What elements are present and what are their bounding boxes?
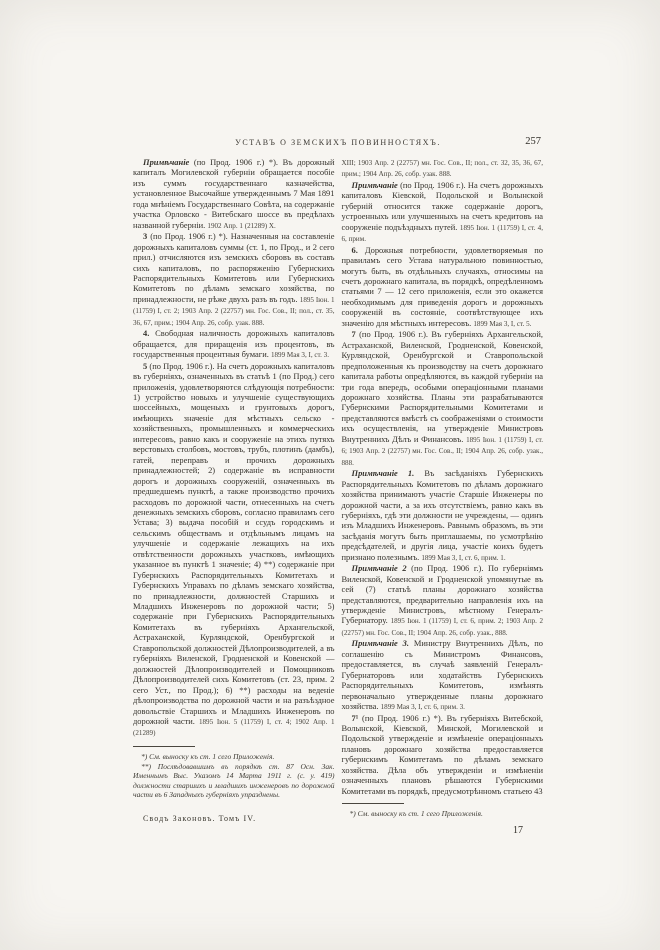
paragraph-text: (по Прод. 1906 г.) *). Назначенныя на со… xyxy=(133,231,335,304)
note-lead: Примѣчаніе xyxy=(352,180,398,190)
document-page: УСТАВЪ О ЗЕМСКИХЪ ПОВИННОСТЯХЪ. 257 Прим… xyxy=(133,138,543,836)
paragraph-continuation-citation: XIII; 1903 Апр. 2 (22757) мн. Гос. Сов.,… xyxy=(342,157,544,180)
paragraph-article-3: 3 (по Прод. 1906 г.) *). Назначенныя на … xyxy=(133,231,335,328)
running-head: УСТАВЪ О ЗЕМСКИХЪ ПОВИННОСТЯХЪ. 257 xyxy=(133,138,543,154)
paragraph-note-prod1906: Примѣчаніе (по Прод. 1906 г.) *). Въ дор… xyxy=(133,157,335,231)
article-number: 6. xyxy=(352,245,358,255)
paragraph-article-5: 5 (по Прод. 1906 г.). На счетъ дорожныхъ… xyxy=(133,361,335,739)
footnote-1: *) См. выноску къ ст. 1 сего Приложенія. xyxy=(342,809,544,819)
page-number: 257 xyxy=(525,136,541,147)
paragraph-text: (по Прод. 1906 г.). На счетъ дорожныхъ к… xyxy=(133,361,335,726)
running-title: УСТАВЪ О ЗЕМСКИХЪ ПОВИННОСТЯХЪ. xyxy=(235,138,441,147)
paragraph-text: Дорожныя потребности, удовлетворяемыя по… xyxy=(342,245,544,328)
right-column: XIII; 1903 Апр. 2 (22757) мн. Гос. Сов.,… xyxy=(342,157,544,836)
paragraph-text: Министру Внутреннихъ Дѣлъ, по соглашенію… xyxy=(342,638,544,711)
sheet-number: 17 xyxy=(342,825,544,836)
paragraph-article-6: 6. Дорожныя потребности, удовлетворяемыя… xyxy=(342,245,544,330)
paragraph-text: (по Прод. 1906 г.) *). Въ губерніяхъ Вит… xyxy=(342,713,544,796)
footnote-1: *) См. выноску къ ст. 1 сего Приложенія. xyxy=(133,752,335,762)
paragraph-note-2: Примѣчаніе 2 (по Прод. 1906 г.). По губе… xyxy=(342,563,544,638)
two-column-body: Примѣчаніе (по Прод. 1906 г.) *). Въ дор… xyxy=(133,157,543,836)
article-number: 4. xyxy=(143,328,149,338)
citation: 1899 Мая 3, I, ст. 5. xyxy=(473,320,531,328)
paragraph-article-7: 7 (по Прод. 1906 г.). Въ губерніяхъ Арха… xyxy=(342,329,544,468)
note-lead: Примѣчаніе 1. xyxy=(352,468,415,478)
article-number: 3 xyxy=(143,231,147,241)
footnote-rule xyxy=(342,803,404,804)
citation: 1902 Апр. 1 (21289) X. xyxy=(207,222,275,230)
paragraph-text: (по Прод. 1906 г.) *). Въ дорожный капит… xyxy=(133,157,335,230)
note-lead: Примѣчаніе xyxy=(143,157,189,167)
paragraph-note-prod1906: Примѣчаніе (по Прод. 1906 г.). На счетъ … xyxy=(342,180,544,245)
note-lead: Примѣчаніе 2 xyxy=(352,563,407,573)
citation: 1899 Мая 3, I, ст. 6, прим. 3. xyxy=(381,703,465,711)
paragraph-note-1: Примѣчаніе 1. Въ засѣданіяхъ Губернскихъ… xyxy=(342,468,544,563)
paragraph-note-3: Примѣчаніе 3. Министру Внутреннихъ Дѣлъ,… xyxy=(342,638,544,712)
volume-signature: Сводъ Законовъ. Томъ IV. xyxy=(133,814,335,823)
citation: 1899 Мая 3, I, ст. 6, прим. 1. xyxy=(421,554,505,562)
article-number: 7¹ xyxy=(352,713,359,723)
footnote-rule xyxy=(133,746,195,747)
footnote-2: **) Послѣдовавшимъ въ порядкѣ ст. 87 Осн… xyxy=(133,762,335,800)
article-number: 5 xyxy=(143,361,147,371)
left-column: Примѣчаніе (по Прод. 1906 г.) *). Въ дор… xyxy=(133,157,335,836)
note-lead: Примѣчаніе 3. xyxy=(352,638,410,648)
paragraph-article-7-1: 7¹ (по Прод. 1906 г.) *). Въ губерніяхъ … xyxy=(342,713,544,797)
paragraph-article-4: 4. Свободная наличность дорожныхъ капита… xyxy=(133,328,335,360)
citation: 1899 Мая 3, I, ст. 3. xyxy=(271,351,329,359)
paragraph-text: (по Прод. 1906 г.). Въ губерніяхъ Арханг… xyxy=(342,329,544,444)
article-number: 7 xyxy=(352,329,356,339)
paragraph-text: Въ засѣданіяхъ Губернскихъ Распорядитель… xyxy=(342,468,544,562)
citation: XIII; 1903 Апр. 2 (22757) мн. Гос. Сов.,… xyxy=(342,159,544,178)
